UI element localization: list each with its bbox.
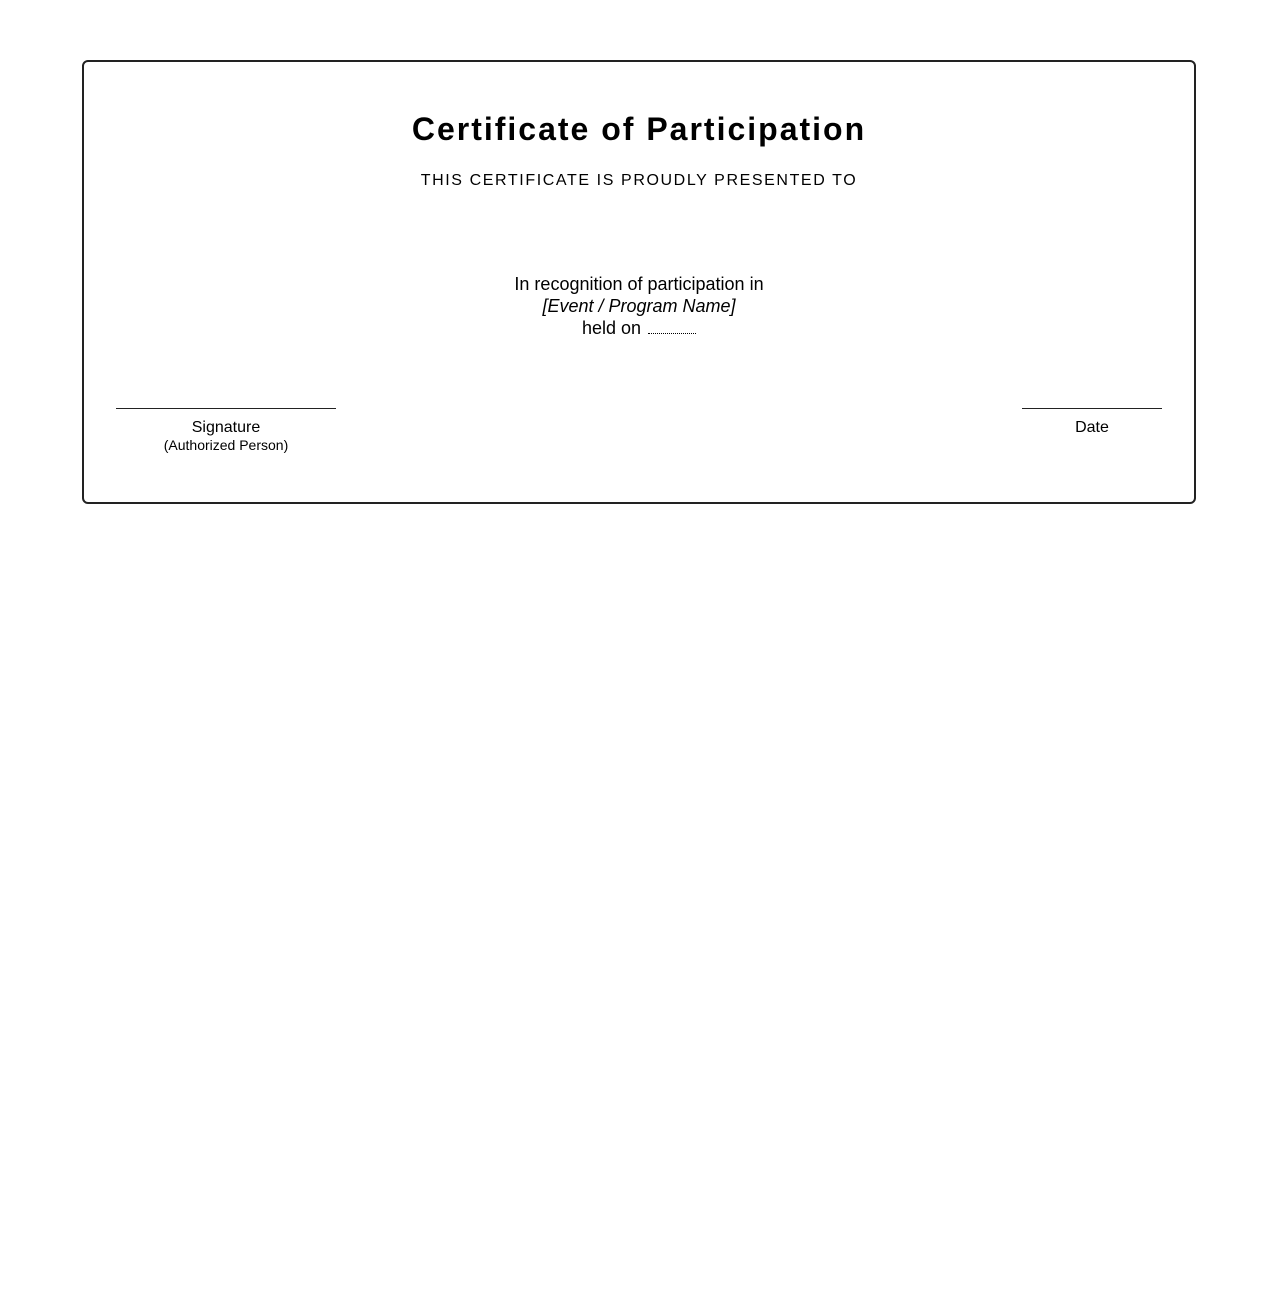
signature-sublabel: (Authorized Person): [116, 437, 336, 454]
held-on-label: held on: [582, 318, 641, 338]
certificate-subtitle: THIS CERTIFICATE IS PROUDLY PRESENTED TO: [84, 171, 1194, 191]
certificate-card: Certificate of Participation THIS CERTIF…: [82, 60, 1196, 504]
date-block: Date: [1022, 408, 1162, 437]
recipient-name: [84, 212, 1194, 262]
held-on-date-field: [648, 319, 696, 334]
event-name: [Event / Program Name]: [84, 295, 1194, 317]
signature-block: Signature (Authorized Person): [116, 408, 336, 454]
signature-line: [116, 408, 336, 409]
date-line: [1022, 408, 1162, 409]
held-on-line: held on: [84, 317, 1194, 339]
recognition-block: In recognition of participation in [Even…: [84, 273, 1194, 339]
date-label: Date: [1022, 419, 1162, 437]
signature-label: Signature: [116, 419, 336, 437]
recognition-line: In recognition of participation in: [84, 273, 1194, 295]
certificate-title: Certificate of Participation: [84, 110, 1194, 148]
